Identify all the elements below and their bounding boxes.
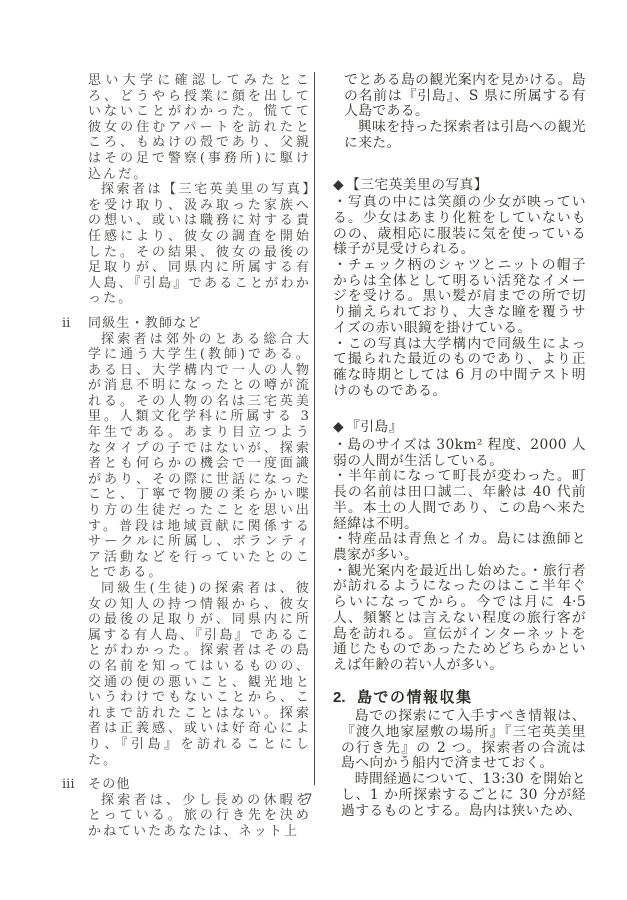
- left-column: 思い大学に確認してみたところ、どうやら授業に顔を出していないことがわかった。慌て…: [62, 73, 311, 840]
- paragraph: 思い大学に確認してみたところ、どうやら授業に顔を出していないことがわかった。慌て…: [88, 73, 311, 182]
- photo-block-title-text: 【三宅英美里の写真】: [346, 178, 488, 194]
- bullet-item: ・この写真は大学構内で同級生によって撮られた最近のものであり、より正確な時期とし…: [333, 337, 586, 400]
- section-2-heading: 2. 島での情報収集: [333, 690, 586, 706]
- intro-continuation-block: でとある島の観光案内を見かける。島の名前は『引島』、S 県に所属する有人島である…: [333, 73, 586, 152]
- section-ii-body: 探索者は郊外のとある総合大学に通う大学生(教師)である。ある日、大学構内で一人の…: [88, 332, 311, 769]
- bullet-item: ・写真の中には笑顔の少女が映っている。少女はあまり化粧をしていないものの、歳相応…: [333, 195, 586, 258]
- section-ii-label: ii: [62, 316, 88, 332]
- section-iii-heading: iii その他: [62, 777, 311, 793]
- bullet-item: ・観光案内を最近出し始めた。・旅行者が訪れるようになったのはここ半年ぐらいになっ…: [333, 564, 586, 674]
- photo-info-block: ◆ 【三宅英美里の写真】 ・写真の中には笑顔の少女が映っている。少女はあまり化粧…: [333, 178, 586, 400]
- diamond-icon: ◆: [333, 178, 344, 194]
- paragraph: 島での探索にて入手すべき情報は、『渡久地家屋敷の場所』『三宅英美里の行き先』の …: [341, 709, 586, 772]
- paragraph: 探索者は【三宅英美里の写真】を受け取り、汲み取った家族への想い、或いは職務に対す…: [88, 182, 311, 307]
- island-block-title-text: 『引島』: [346, 420, 403, 436]
- island-info-block: ◆ 『引島』 ・島のサイズは 30km² 程度、2000 人弱の人間が生活してい…: [333, 420, 586, 673]
- paragraph: 同級生(生徒)の探索者は、彼女の知人の持つ情報から、彼女の最後の足取りが、同県内…: [88, 581, 311, 768]
- bullet-item: ・チェック柄のシャツとニットの帽子からは全体として明るい活発なイメージを受ける。…: [333, 258, 586, 337]
- document-page: 思い大学に確認してみたところ、どうやら授業に顔を出していないことがわかった。慌て…: [0, 0, 627, 900]
- section-2-number: 2.: [333, 690, 357, 706]
- bullet-item: ・島のサイズは 30km² 程度、2000 人弱の人間が生活している。: [333, 438, 586, 469]
- island-block-title: ◆ 『引島』: [333, 420, 586, 436]
- column-divider-rule: [314, 72, 315, 785]
- intro-continuation-block: 思い大学に確認してみたところ、どうやら授業に顔を出していないことがわかった。慌て…: [88, 73, 311, 307]
- paragraph: 探索者は郊外のとある総合大学に通う大学生(教師)である。ある日、大学構内で一人の…: [88, 332, 311, 582]
- paragraph: でとある島の観光案内を見かける。島の名前は『引島』、S 県に所属する有人島である…: [344, 73, 586, 120]
- section-iii-label: iii: [62, 777, 88, 793]
- section-ii-title: 同級生・教師など: [88, 316, 202, 332]
- section-iii-title: その他: [88, 777, 131, 793]
- bullet-item: ・半年前になって町長が変わった。町長の名前は田口誠二、年齢は 40 代前半。本土…: [333, 469, 586, 532]
- section-2-title: 島での情報収集: [357, 690, 473, 706]
- page-number: 7: [0, 792, 616, 808]
- section-ii-heading: ii 同級生・教師など: [62, 316, 311, 332]
- diamond-icon: ◆: [333, 420, 344, 436]
- right-column: でとある島の観光案内を見かける。島の名前は『引島』、S 県に所属する有人島である…: [333, 73, 586, 819]
- paragraph: 興味を持った探索者は引島への観光に来た。: [344, 120, 586, 151]
- bullet-item: ・特産品は青魚とイカ。島には漁師と農家が多い。: [333, 532, 586, 563]
- photo-block-title: ◆ 【三宅英美里の写真】: [333, 178, 586, 194]
